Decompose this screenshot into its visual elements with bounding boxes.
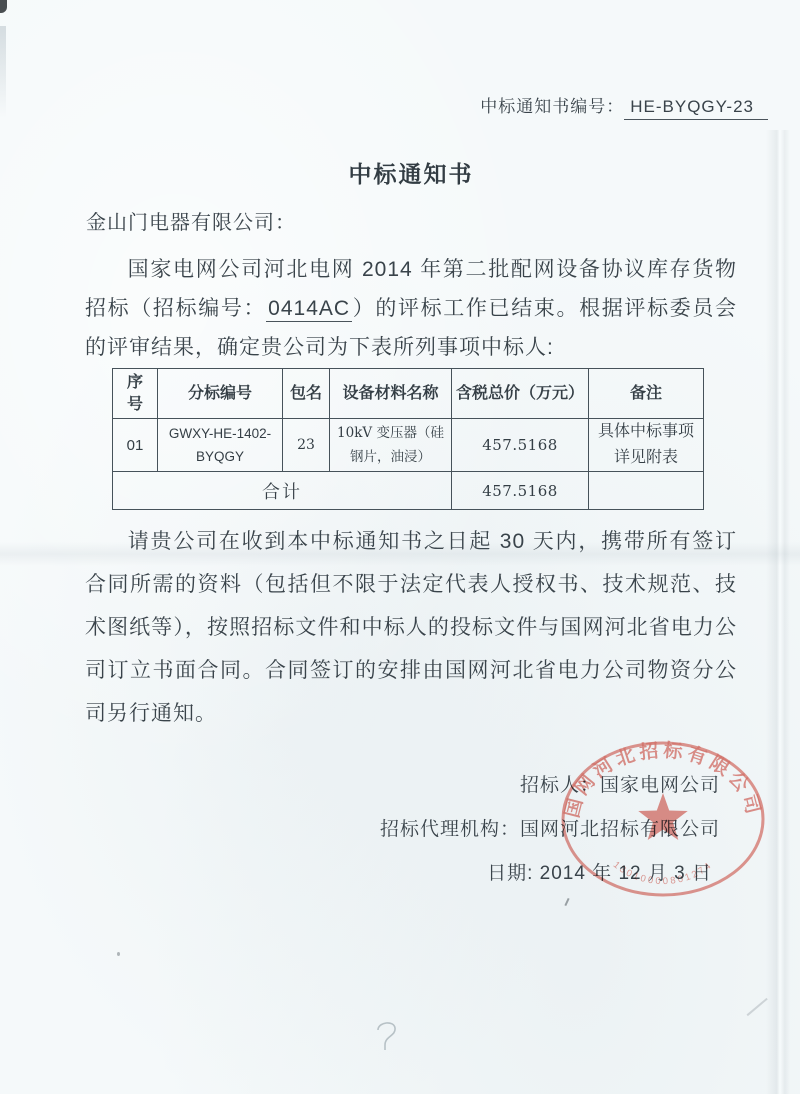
date-label: 日期: bbox=[487, 863, 533, 884]
cell-seq: 01 bbox=[113, 419, 158, 472]
table-header-row: 序号 分标编号 包名 设备材料名称 含税总价（万元） 备注 bbox=[113, 369, 704, 419]
doc-number-label: 中标通知书编号： bbox=[480, 97, 624, 116]
table-row: 01 GWXY-HE-1402-BYQGY 23 10kV 变压器（硅钢片，油浸… bbox=[113, 419, 704, 472]
salutation: 金山门电器有限公司： bbox=[86, 206, 296, 235]
scan-artifact-squiggle bbox=[372, 1018, 402, 1058]
cell-package: 23 bbox=[283, 419, 330, 472]
scanned-document-page: 中标通知书编号：HE-BYQGY-23 中标通知书 金山门电器有限公司： 国家电… bbox=[0, 0, 800, 1094]
page-title: 中标通知书 bbox=[0, 156, 800, 189]
cell-remark: 具体中标事项详见附表 bbox=[589, 419, 704, 472]
total-label: 合计 bbox=[113, 472, 452, 510]
agency-label: 招标代理机构： bbox=[380, 819, 520, 840]
header-price: 含税总价（万元） bbox=[452, 369, 589, 419]
cell-lot: GWXY-HE-1402-BYQGY bbox=[158, 419, 283, 472]
cell-equipment: 10kV 变压器（硅钢片，油浸） bbox=[330, 419, 452, 472]
scan-artifact-dot bbox=[117, 952, 120, 956]
signature-block: 招标人：国家电网公司 招标代理机构：国网河北招标有限公司 日期: 2014 年 … bbox=[380, 764, 720, 896]
header-package: 包名 bbox=[283, 369, 330, 419]
header-lot: 分标编号 bbox=[158, 369, 283, 419]
doc-number-line: 中标通知书编号：HE-BYQGY-23 bbox=[480, 92, 768, 117]
cell-price: 457.5168 bbox=[452, 419, 589, 472]
scan-artifact-edge-smudge bbox=[0, 26, 6, 118]
scan-artifact-tick bbox=[564, 898, 569, 906]
agency-value: 国网河北招标有限公司 bbox=[520, 819, 720, 840]
scan-artifact-vertical-crease bbox=[766, 130, 790, 1094]
bidder-label: 招标人： bbox=[520, 775, 600, 796]
header-remark: 备注 bbox=[589, 369, 704, 419]
tender-code: 0414AC bbox=[266, 297, 352, 322]
date-line: 日期: 2014 年 12 月 3 日 bbox=[380, 852, 720, 896]
scan-artifact-corner bbox=[0, 0, 7, 13]
doc-number-value: HE-BYQGY-23 bbox=[624, 97, 768, 120]
paragraph-award-result: 国家电网公司河北电网 2014 年第二批配网设备协议库存货物招标（招标编号：04… bbox=[85, 250, 737, 367]
agency-line: 招标代理机构：国网河北招标有限公司 bbox=[380, 808, 720, 852]
scan-artifact-diagonal bbox=[747, 998, 768, 1016]
date-value: 2014 年 12 月 3 日 bbox=[540, 863, 712, 884]
paragraph-contract-instruction: 请贵公司在收到本中标通知书之日起 30 天内，携带所有签订合同所需的资料（包括但… bbox=[85, 520, 737, 735]
total-value: 457.5168 bbox=[452, 472, 589, 510]
total-remark-empty bbox=[589, 472, 704, 510]
header-seq: 序号 bbox=[113, 369, 158, 419]
table-total-row: 合计 457.5168 bbox=[113, 472, 704, 510]
award-table: 序号 分标编号 包名 设备材料名称 含税总价（万元） 备注 01 GWXY-HE… bbox=[112, 368, 704, 510]
header-equipment: 设备材料名称 bbox=[330, 369, 452, 419]
bidder-line: 招标人：国家电网公司 bbox=[380, 764, 720, 808]
bidder-value: 国家电网公司 bbox=[600, 775, 720, 796]
para2-text: 请贵公司在收到本中标通知书之日起 30 天内，携带所有签订合同所需的资料（包括但… bbox=[85, 530, 737, 725]
